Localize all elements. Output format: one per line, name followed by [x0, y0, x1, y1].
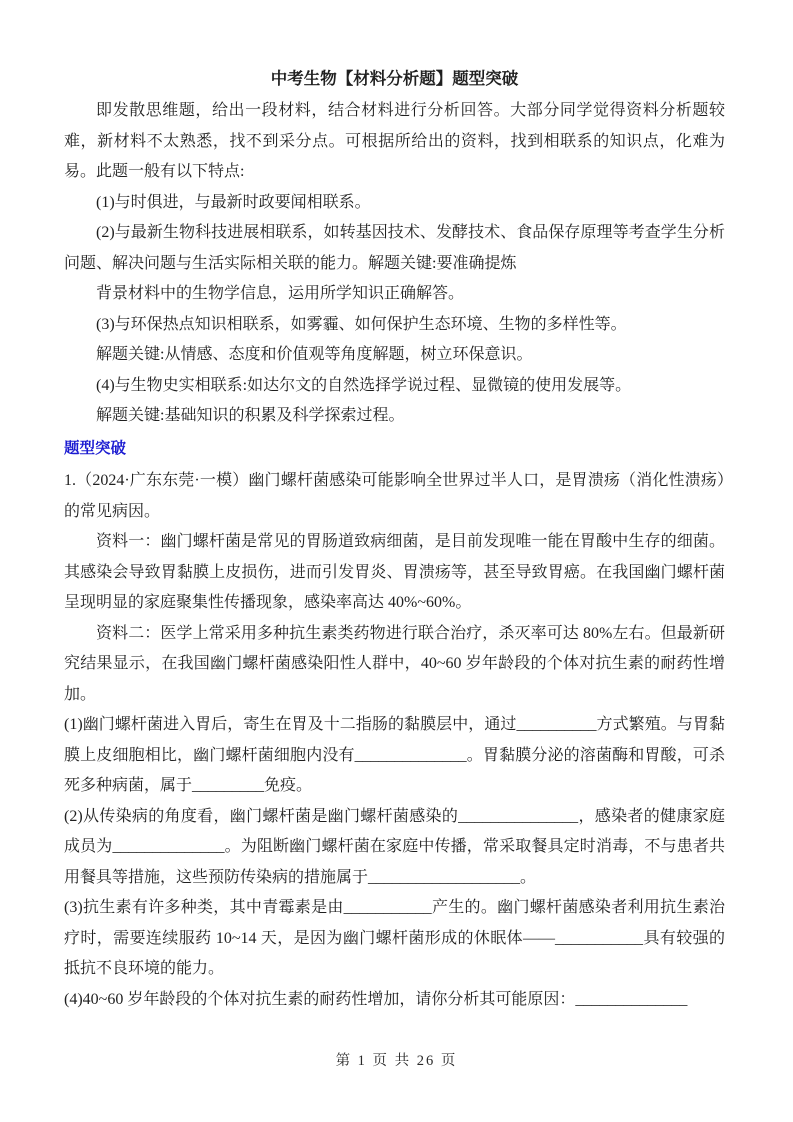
intro-point-1: (1)与时俱进，与最新时政要闻相联系。	[64, 188, 725, 219]
intro-paragraph-overview: 即发散思维题，给出一段材料，结合材料进行分析回答。大部分同学觉得资料分析题较难，…	[64, 96, 725, 188]
page-number-footer: 第 1 页 共 26 页	[0, 1046, 793, 1077]
question-1-subquestion-1: (1)幽门螺杆菌进入胃后，寄生在胃及十二指肠的黏膜层中，通过__________…	[64, 710, 725, 802]
document-title: 中考生物【材料分析题】题型突破	[64, 66, 725, 92]
intro-point-4: (4)与生物史实相联系:如达尔文的自然选择学说过程、显微镜的使用发展等。	[64, 371, 725, 402]
section-heading-breakthrough: 题型突破	[64, 434, 725, 465]
intro-point-3: (3)与环保热点知识相联系，如雾霾、如何保护生态环境、生物的多样性等。	[64, 310, 725, 341]
intro-point-4-key: 解题关键:基础知识的积累及科学探索过程。	[64, 401, 725, 432]
document-page: 中考生物【材料分析题】题型突破 即发散思维题，给出一段材料，结合材料进行分析回答…	[0, 0, 793, 1122]
question-1-material-2: 资料二：医学上常采用多种抗生素类药物进行联合治疗，杀灭率可达 80%左右。但最新…	[64, 619, 725, 711]
question-1-subquestion-3: (3)抗生素有许多种类，其中青霉素是由___________产生的。幽门螺杆菌感…	[64, 893, 725, 985]
intro-point-2-continued: 背景材料中的生物学信息，运用所学知识正确解答。	[64, 279, 725, 310]
question-1-subquestion-2: (2)从传染病的角度看，幽门螺杆菌是幽门螺杆菌感染的______________…	[64, 802, 725, 894]
intro-point-2: (2)与最新生物科技进展相联系，如转基因技术、发酵技术、食品保存原理等考查学生分…	[64, 218, 725, 279]
question-1-material-1: 资料一：幽门螺杆菌是常见的胃肠道致病细菌，是目前发现唯一能在胃酸中生存的细菌。其…	[64, 527, 725, 619]
question-1-stem: 1.（2024·广东东莞·一模）幽门螺杆菌感染可能影响全世界过半人口，是胃溃疡（…	[64, 466, 725, 527]
question-1-subquestion-4: (4)40~60 岁年龄段的个体对抗生素的耐药性增加，请你分析其可能原因：___…	[64, 985, 725, 1016]
intro-point-3-key: 解题关键:从情感、态度和价值观等角度解题，树立环保意识。	[64, 340, 725, 371]
